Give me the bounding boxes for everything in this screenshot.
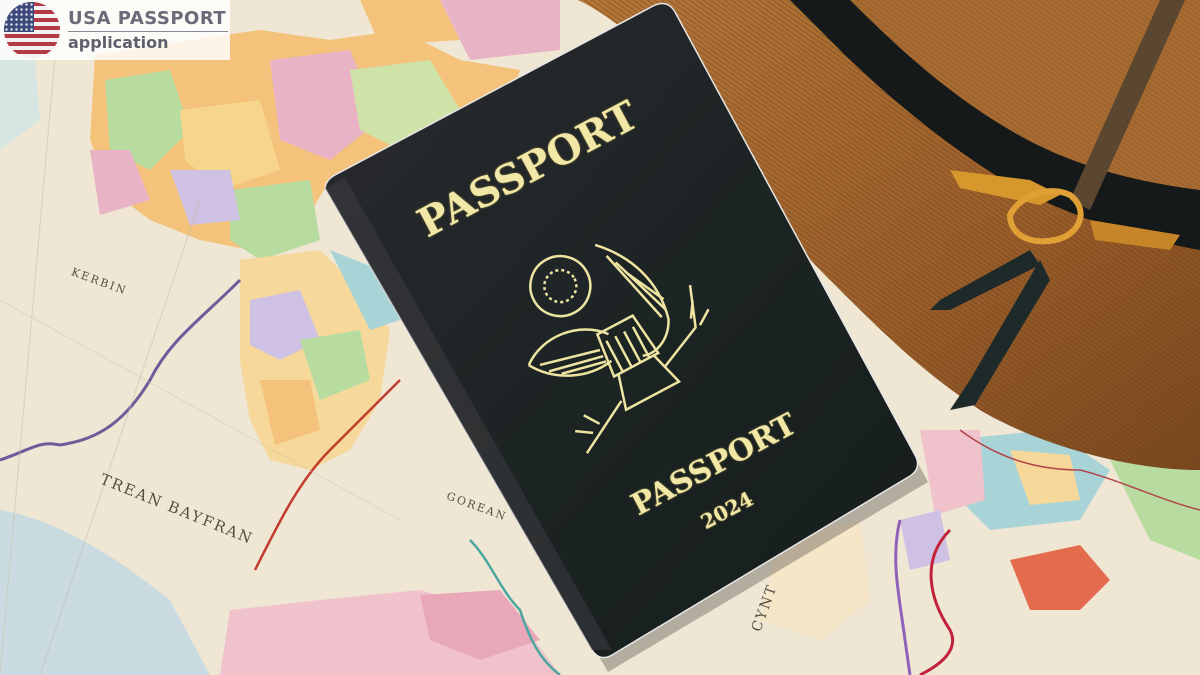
logo-subtitle: application [68,35,228,51]
us-flag-icon [4,2,60,58]
photo-scene: TREAN BAYFRAN KERBIN GOREAN CYNT PASSPOR… [0,0,1200,675]
logo-title: USA PASSPORT [68,10,228,28]
travel-map-background [0,0,1200,675]
logo-divider [68,31,228,32]
site-logo[interactable]: USA PASSPORT application [0,0,230,60]
